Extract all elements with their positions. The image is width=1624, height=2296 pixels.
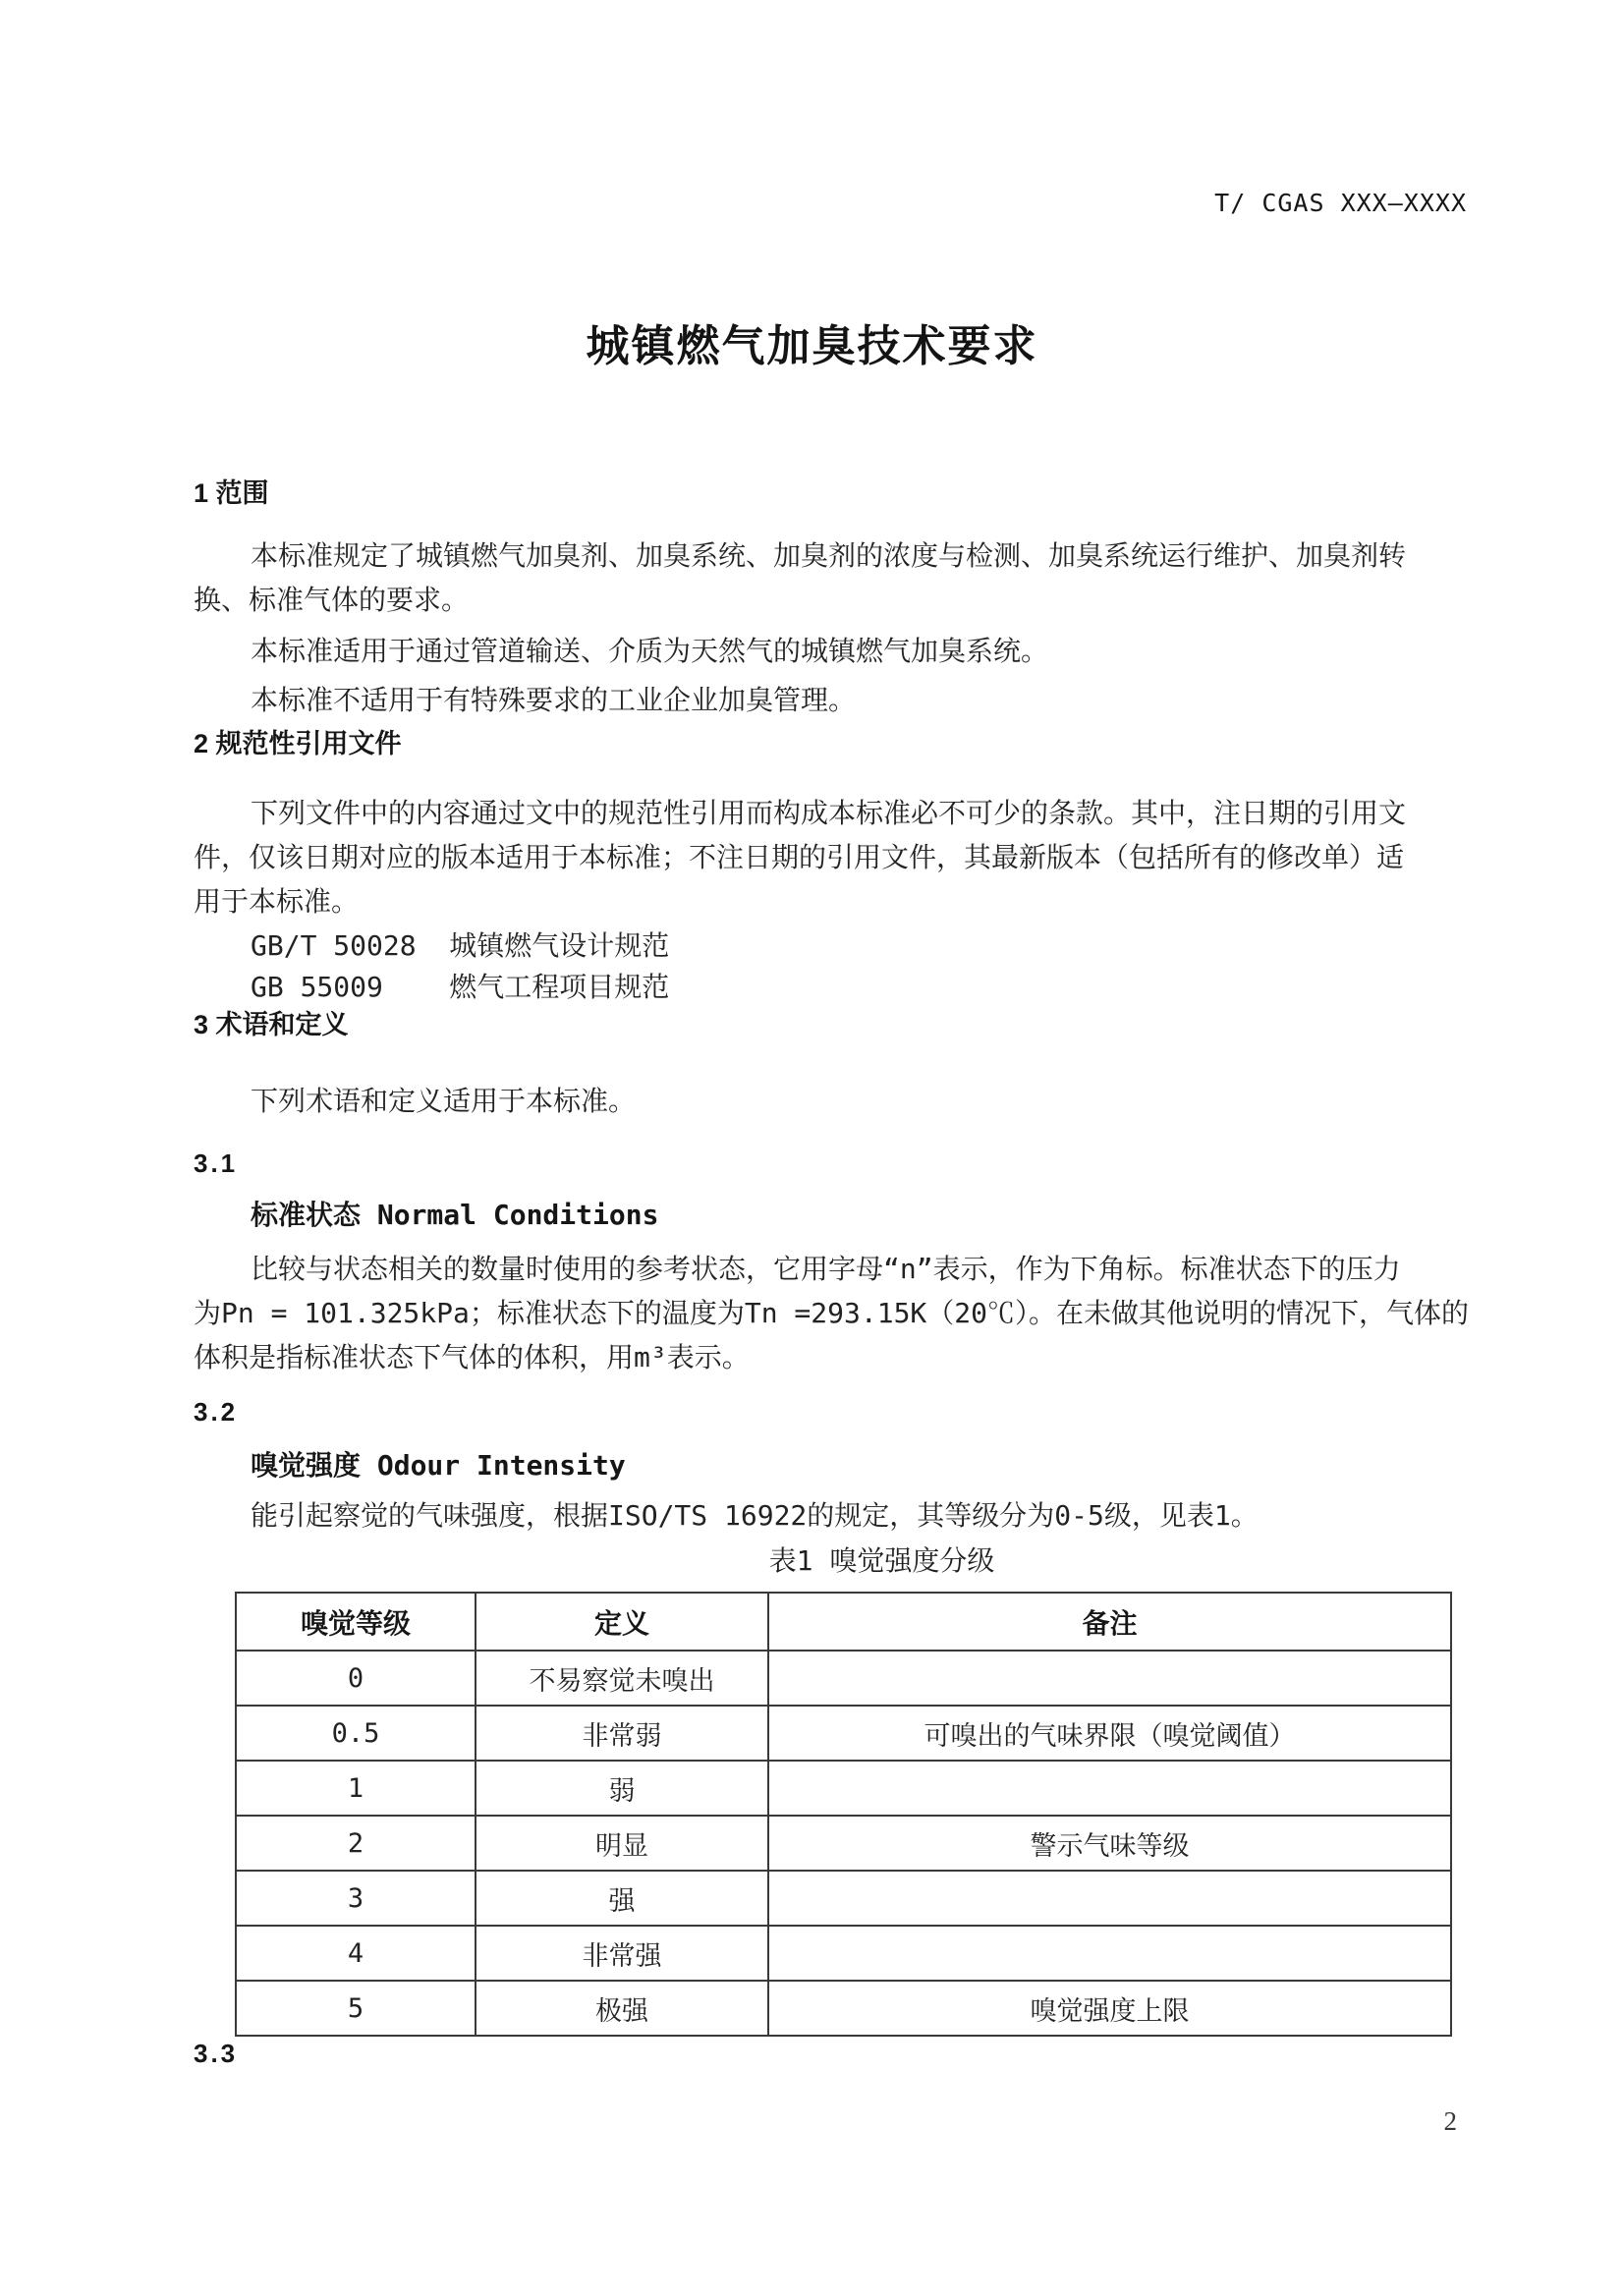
section-3-intro: 下列术语和定义适用于本标准。 bbox=[194, 1079, 1510, 1123]
cell-remark bbox=[768, 1651, 1451, 1706]
paragraph-line: 下列术语和定义适用于本标准。 bbox=[194, 1079, 1510, 1123]
paragraph-line: 能引起察觉的气味强度，根据ISO/TS 16922的规定，其等级分为0-5级，见… bbox=[194, 1493, 1510, 1538]
table-1-caption: 表1 嗅觉强度分级 bbox=[235, 1543, 1450, 1579]
paragraph-line: 换、标准气体的要求。 bbox=[194, 578, 1510, 622]
col-header-definition: 定义 bbox=[476, 1593, 768, 1651]
cell-grade: 0.5 bbox=[236, 1706, 476, 1761]
clause-3-2-definition: 能引起察觉的气味强度，根据ISO/TS 16922的规定，其等级分为0-5级，见… bbox=[194, 1493, 1510, 1538]
document-page: T/ CGAS XXX—XXXX 城镇燃气加臭技术要求 1 范围 本标准规定了城… bbox=[0, 0, 1624, 2296]
cell-remark: 嗅觉强度上限 bbox=[768, 1981, 1451, 2036]
cell-definition: 非常强 bbox=[476, 1926, 768, 1981]
clause-3-1-number: 3.1 bbox=[194, 1148, 238, 1179]
cell-grade: 1 bbox=[236, 1761, 476, 1816]
paragraph-line: 用于本标准。 bbox=[194, 879, 1510, 924]
cell-definition: 非常弱 bbox=[476, 1706, 768, 1761]
col-header-remark: 备注 bbox=[768, 1593, 1451, 1651]
cell-definition: 弱 bbox=[476, 1761, 768, 1816]
paragraph-line: 下列文件中的内容通过文中的规范性引用而构成本标准必不可少的条款。其中，注日期的引… bbox=[194, 791, 1510, 835]
paragraph-line: 本标准适用于通过管道输送、介质为天然气的城镇燃气加臭系统。 bbox=[194, 629, 1510, 673]
term-odour-intensity: 嗅觉强度 Odour Intensity bbox=[194, 1448, 1467, 1484]
page-title: 城镇燃气加臭技术要求 bbox=[0, 320, 1624, 373]
table-row: 3 强 bbox=[236, 1871, 1451, 1926]
table-row: 0 不易察觉未嗅出 bbox=[236, 1651, 1451, 1706]
paragraph-line: 比较与状态相关的数量时使用的参考状态，它用字母“n”表示，作为下角标。标准状态下… bbox=[194, 1247, 1510, 1291]
cell-definition: 极强 bbox=[476, 1981, 768, 2036]
table-row: 0.5 非常弱 可嗅出的气味界限（嗅觉阈值） bbox=[236, 1706, 1451, 1761]
section-1-paragraph-3: 本标准不适用于有特殊要求的工业企业加臭管理。 bbox=[194, 678, 1510, 722]
cell-grade: 3 bbox=[236, 1871, 476, 1926]
odour-intensity-table: 嗅觉等级 定义 备注 0 不易察觉未嗅出 0.5 非常弱 可嗅出的气味界限（嗅觉… bbox=[235, 1592, 1452, 2037]
doc-code: T/ CGAS XXX—XXXX bbox=[1214, 188, 1467, 219]
cell-grade: 5 bbox=[236, 1981, 476, 2036]
section-1-paragraph-2: 本标准适用于通过管道输送、介质为天然气的城镇燃气加臭系统。 bbox=[194, 629, 1510, 673]
table-row: 5 极强 嗅觉强度上限 bbox=[236, 1981, 1451, 2036]
col-header-grade: 嗅觉等级 bbox=[236, 1593, 476, 1651]
section-1-paragraph-1: 本标准规定了城镇燃气加臭剂、加臭系统、加臭剂的浓度与检测、加臭系统运行维护、加臭… bbox=[194, 533, 1510, 622]
section-3-heading: 3 术语和定义 bbox=[194, 1008, 349, 1041]
cell-definition: 不易察觉未嗅出 bbox=[476, 1651, 768, 1706]
table-row: 2 明显 警示气味等级 bbox=[236, 1816, 1451, 1871]
page-number: 2 bbox=[1444, 2104, 1458, 2138]
cell-remark bbox=[768, 1926, 1451, 1981]
clause-3-3-number: 3.3 bbox=[194, 2038, 238, 2069]
clause-3-2-number: 3.2 bbox=[194, 1396, 238, 1428]
paragraph-line: 为Pn = 101.325kPa；标准状态下的温度为Tn =293.15K（20… bbox=[194, 1291, 1510, 1335]
section-1-heading: 1 范围 bbox=[194, 476, 269, 510]
section-2-paragraph-1: 下列文件中的内容通过文中的规范性引用而构成本标准必不可少的条款。其中，注日期的引… bbox=[194, 791, 1510, 924]
cell-remark: 警示气味等级 bbox=[768, 1816, 1451, 1871]
cell-definition: 明显 bbox=[476, 1816, 768, 1871]
cell-remark bbox=[768, 1871, 1451, 1926]
table-row: 4 非常强 bbox=[236, 1926, 1451, 1981]
paragraph-line: 本标准不适用于有特殊要求的工业企业加臭管理。 bbox=[194, 678, 1510, 722]
cell-remark bbox=[768, 1761, 1451, 1816]
paragraph-line: 体积是指标准状态下气体的体积，用m³表示。 bbox=[194, 1335, 1510, 1379]
table-row: 1 弱 bbox=[236, 1761, 1451, 1816]
reference-gb-55009: GB 55009 燃气工程项目规范 bbox=[194, 966, 1567, 1008]
cell-grade: 2 bbox=[236, 1816, 476, 1871]
clause-3-1-definition: 比较与状态相关的数量时使用的参考状态，它用字母“n”表示，作为下角标。标准状态下… bbox=[194, 1247, 1510, 1379]
paragraph-line: 件，仅该日期对应的版本适用于本标准；不注日期的引用文件，其最新版本（包括所有的修… bbox=[194, 835, 1510, 879]
paragraph-line: 本标准规定了城镇燃气加臭剂、加臭系统、加臭剂的浓度与检测、加臭系统运行维护、加臭… bbox=[194, 533, 1510, 578]
table-header-row: 嗅觉等级 定义 备注 bbox=[236, 1593, 1451, 1651]
cell-grade: 0 bbox=[236, 1651, 476, 1706]
reference-gbt-50028: GB/T 50028 城镇燃气设计规范 bbox=[194, 924, 1567, 967]
cell-definition: 强 bbox=[476, 1871, 768, 1926]
term-normal-conditions: 标准状态 Normal Conditions bbox=[194, 1198, 1467, 1233]
section-2-heading: 2 规范性引用文件 bbox=[194, 727, 402, 760]
cell-grade: 4 bbox=[236, 1926, 476, 1981]
cell-remark: 可嗅出的气味界限（嗅觉阈值） bbox=[768, 1706, 1451, 1761]
